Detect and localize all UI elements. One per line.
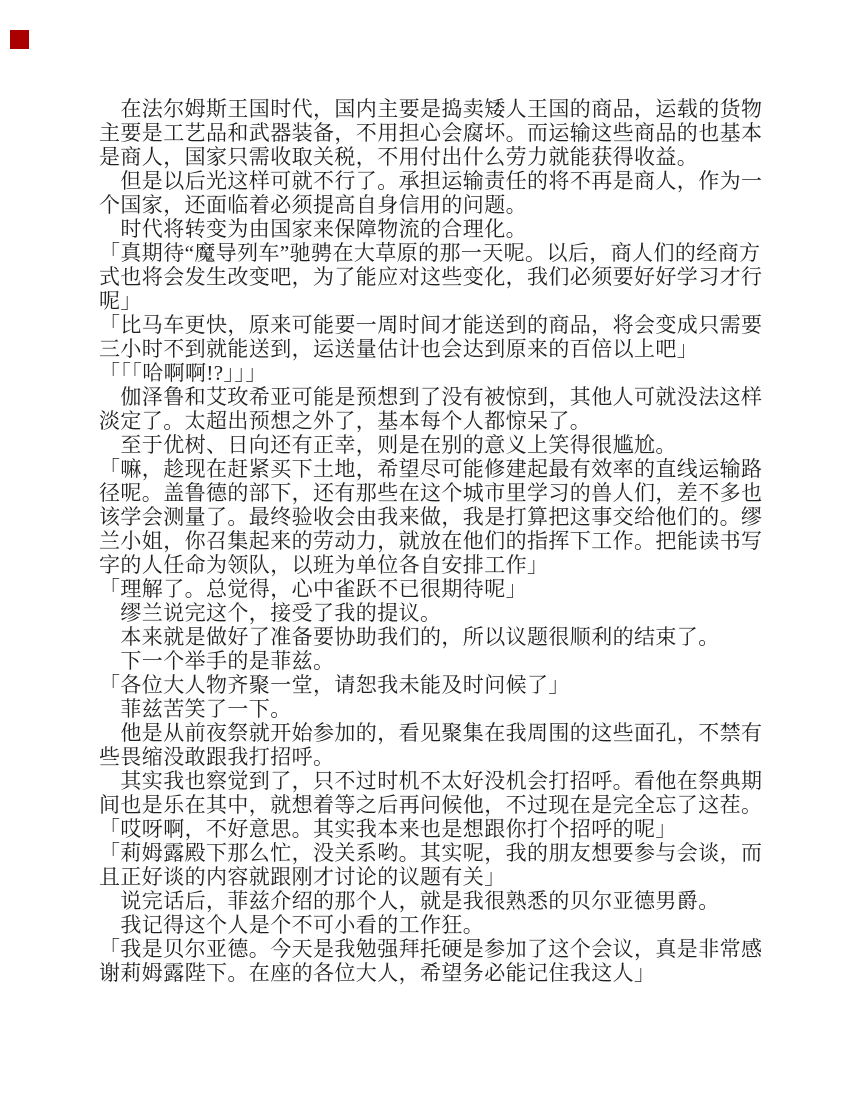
text-line: 伽泽鲁和艾玫希亚可能是预想到了没有被惊到，其他人可就没法这样 <box>99 385 771 409</box>
text-line: 「比马车更快，原来可能要一周时间才能送到的商品，将会变成只需要 <box>99 313 771 337</box>
text-line: 其实我也察觉到了，只不过时机不太好没机会打招呼。看他在祭典期 <box>99 769 771 793</box>
text-line: 是商人，国家只需收取关税，不用付出什么劳力就能获得收益。 <box>99 145 771 169</box>
text-line: 该学会测量了。最终验收会由我来做，我是打算把这事交给他们的。缪 <box>99 505 771 529</box>
text-line: 且正好谈的内容就跟刚才讨论的议题有关」 <box>99 865 771 889</box>
text-line: 他是从前夜祭就开始参加的，看见聚集在我周围的这些面孔，不禁有 <box>99 721 771 745</box>
text-line: 间也是乐在其中，就想着等之后再问候他，不过现在是完全忘了这茬。 <box>99 793 771 817</box>
novel-text: 在法尔姆斯王国时代，国内主要是捣卖矮人王国的商品，运载的货物主要是工艺品和武器装… <box>99 97 771 985</box>
text-line: 兰小姐，你召集起来的劳动力，就放在他们的指挥下工作。把能读书写 <box>99 529 771 553</box>
text-line: 「真期待“魔导列车”驰骋在大草原的那一天呢。以后，商人们的经商方 <box>99 241 771 265</box>
text-line: 谢莉姆露陛下。在座的各位大人，希望务必能记住我这人」 <box>99 961 771 985</box>
text-line: 字的人任命为领队，以班为单位各自安排工作」 <box>99 553 771 577</box>
text-line: 「莉姆露殿下那么忙，没关系哟。其实呢，我的朋友想要参与会谈，而 <box>99 841 771 865</box>
text-line: 主要是工艺品和武器装备，不用担心会腐坏。而运输这些商品的也基本 <box>99 121 771 145</box>
text-line: 我记得这个人是个不可小看的工作狂。 <box>99 913 771 937</box>
text-line: 呢」 <box>99 289 771 313</box>
text-line: 「理解了。总觉得，心中雀跃不已很期待呢」 <box>99 577 771 601</box>
text-line: 式也将会发生改变吧，为了能应对这些变化，我们必须要好好学习才行 <box>99 265 771 289</box>
text-line: 时代将转变为由国家来保障物流的合理化。 <box>99 217 771 241</box>
text-line: 下一个举手的是菲兹。 <box>99 649 771 673</box>
text-line: 些畏缩没敢跟我打招呼。 <box>99 745 771 769</box>
text-line: 说完话后，菲兹介绍的那个人，就是我很熟悉的贝尔亚德男爵。 <box>99 889 771 913</box>
text-line: 三小时不到就能送到，运送量估计也会达到原来的百倍以上吧」 <box>99 337 771 361</box>
text-line: 「我是贝尔亚德。今天是我勉强拜托硬是参加了这个会议，真是非常感 <box>99 937 771 961</box>
text-line: 至于优树、日向还有正幸，则是在别的意义上笑得很尴尬。 <box>99 433 771 457</box>
text-line: 「「「哈啊啊!?」」」 <box>99 361 771 385</box>
text-line: 本来就是做好了准备要协助我们的，所以议题很顺利的结束了。 <box>99 625 771 649</box>
text-line: 在法尔姆斯王国时代，国内主要是捣卖矮人王国的商品，运载的货物 <box>99 97 771 121</box>
text-line: 但是以后光这样可就不行了。承担运输责任的将不再是商人，作为一 <box>99 169 771 193</box>
text-line: 缪兰说完这个，接受了我的提议。 <box>99 601 771 625</box>
text-line: 个国家，还面临着必须提高自身信用的问题。 <box>99 193 771 217</box>
text-line: 「哎呀啊，不好意思。其实我本来也是想跟你打个招呼的呢」 <box>99 817 771 841</box>
text-line: 「各位大人物齐聚一堂，请恕我未能及时问候了」 <box>99 673 771 697</box>
text-line: 径呢。盖鲁德的部下，还有那些在这个城市里学习的兽人们，差不多也 <box>99 481 771 505</box>
text-line: 菲兹苦笑了一下。 <box>99 697 771 721</box>
text-line: 淡定了。太超出预想之外了，基本每个人都惊呆了。 <box>99 409 771 433</box>
ebook-page: 在法尔姆斯王国时代，国内主要是捣卖矮人王国的商品，运载的货物主要是工艺品和武器装… <box>0 0 850 1100</box>
red-marker <box>10 30 29 49</box>
text-line: 「嘛，趁现在赶紧买下土地，希望尽可能修建起最有效率的直线运输路 <box>99 457 771 481</box>
